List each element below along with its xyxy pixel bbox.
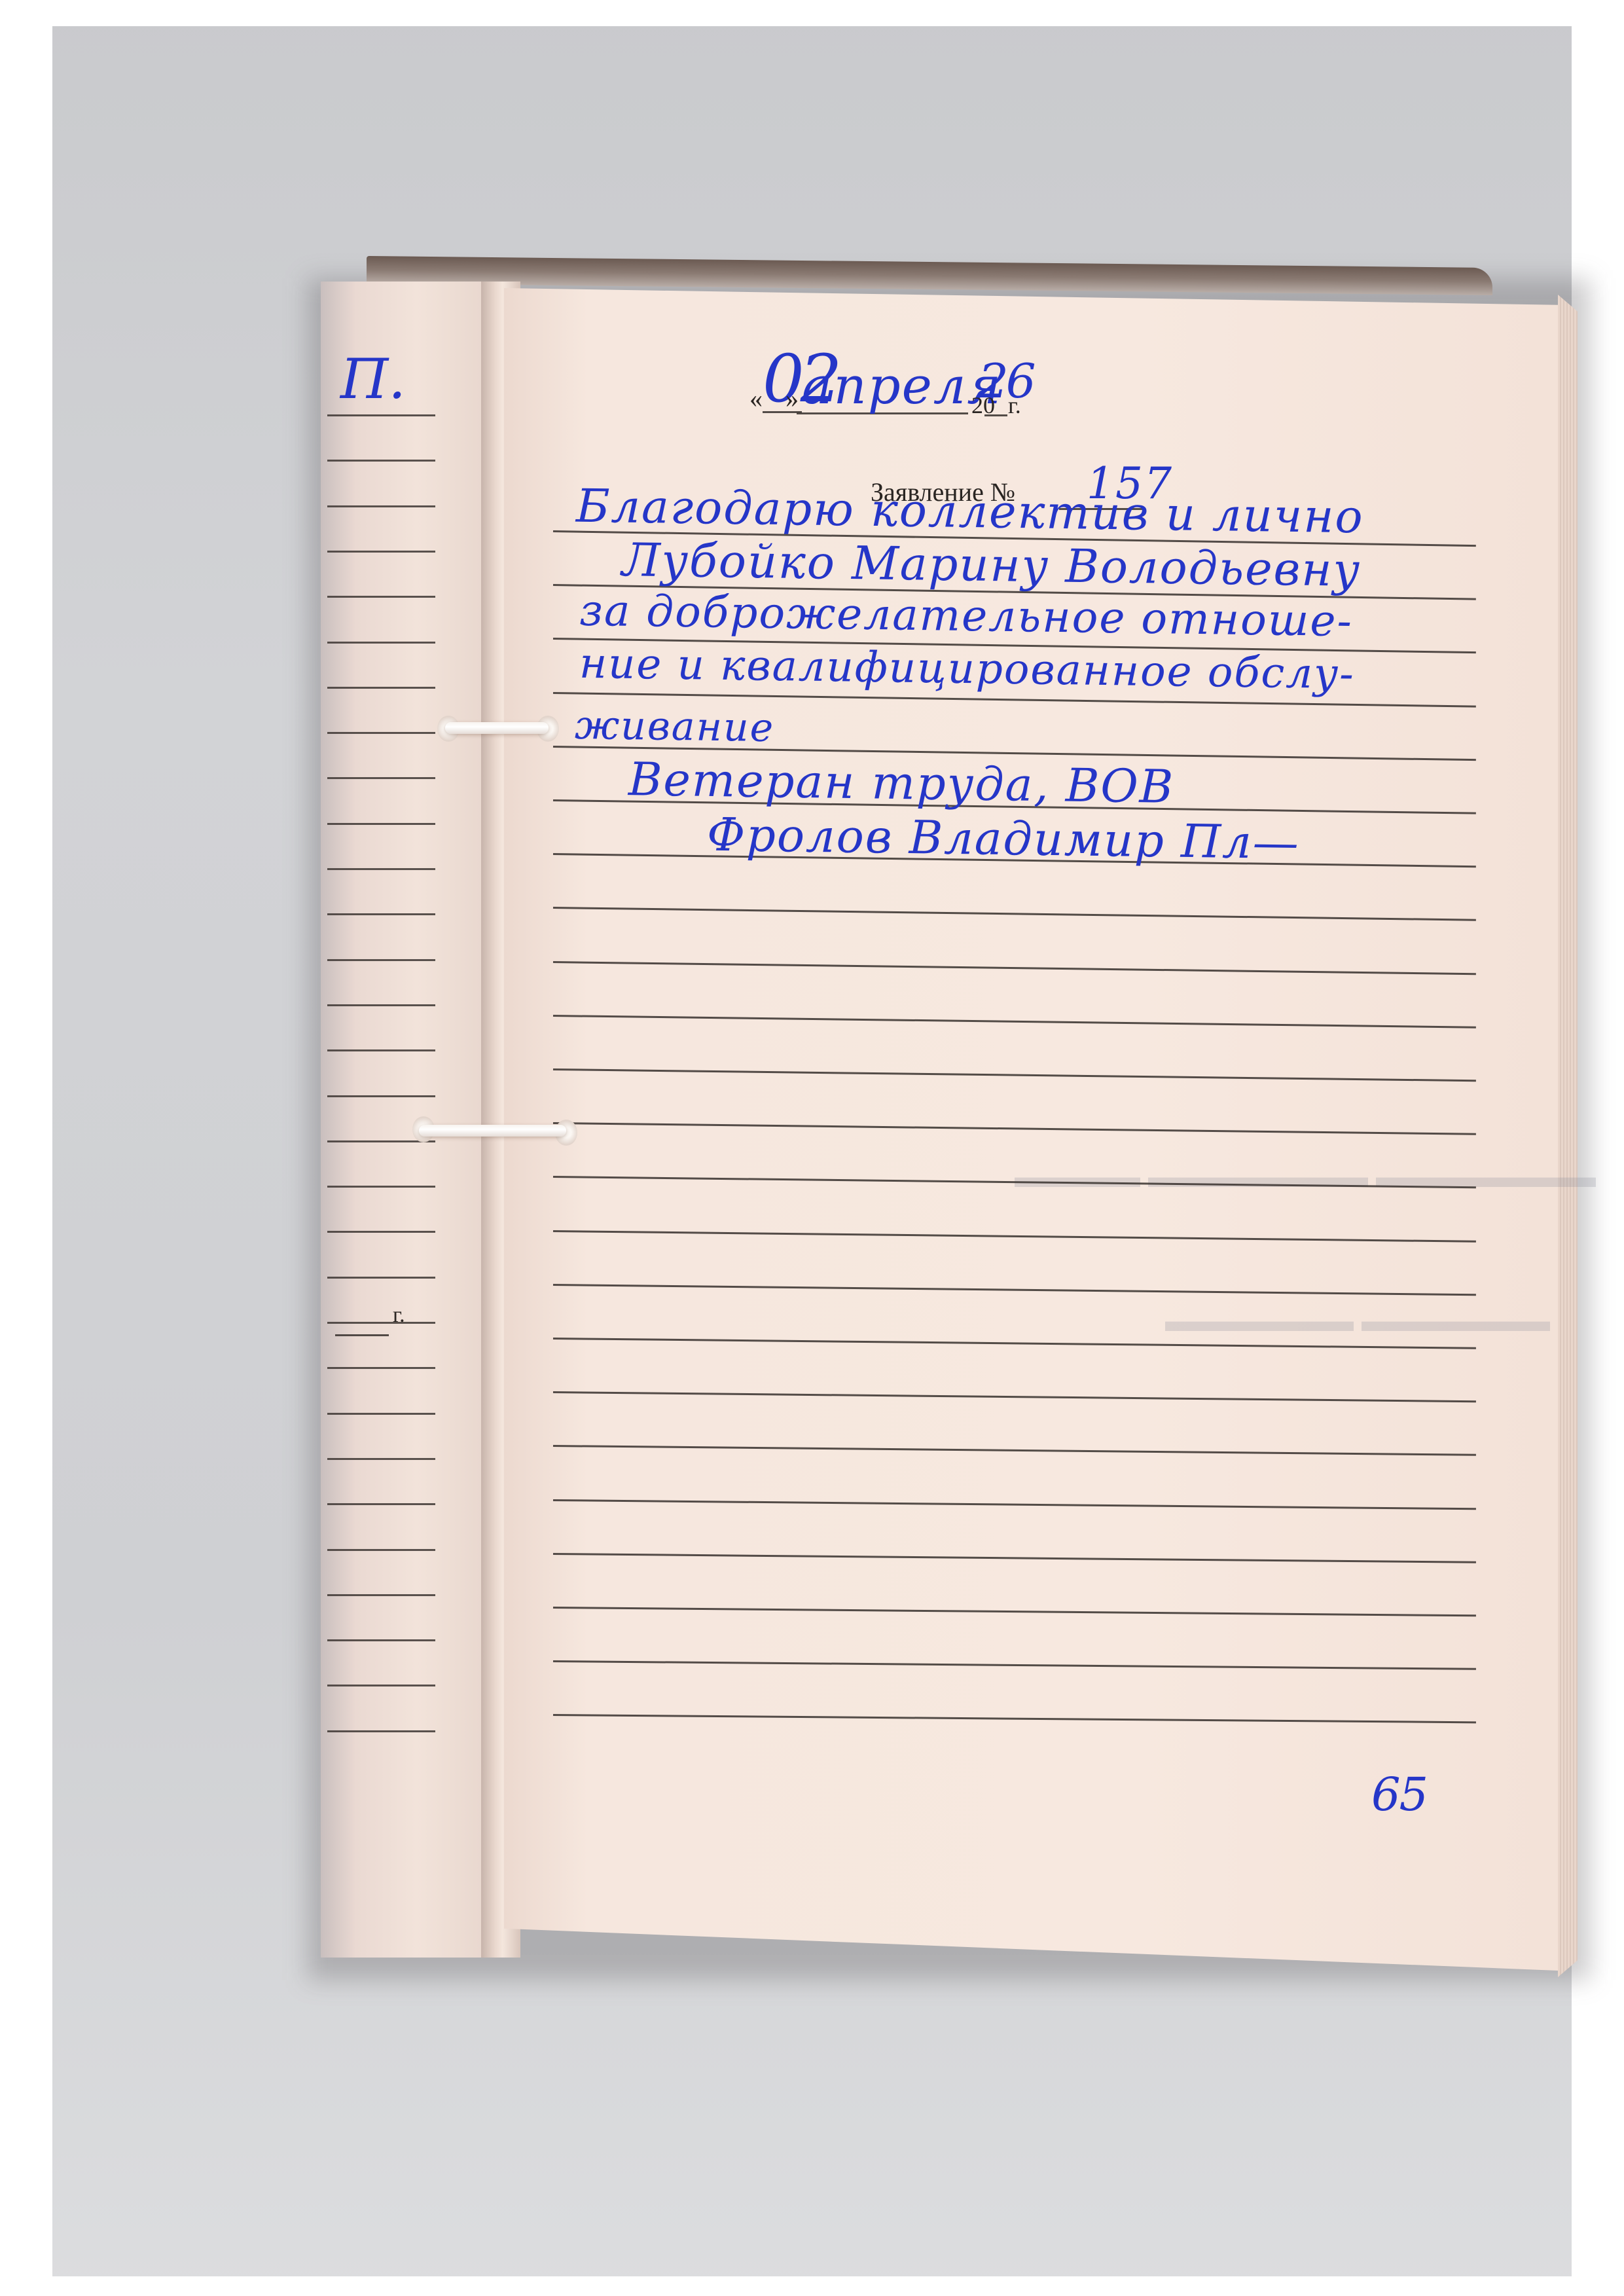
stub-rule-line <box>327 1503 435 1505</box>
stub-rule-line <box>327 959 435 961</box>
stub-rule-line <box>327 1186 435 1188</box>
stub-rule-line <box>327 1277 435 1279</box>
stub-rule-line <box>327 1730 435 1732</box>
stub-rule-line <box>327 1413 435 1415</box>
stub-year-label: г. <box>393 1303 405 1328</box>
year-underline <box>984 414 1007 416</box>
reverse-side-showthrough: ▬▬▬▬ ▬▬▬▬▬▬▬ ▬▬▬▬▬▬▬ <box>1015 1159 1596 1195</box>
stub-rule-line <box>327 414 435 416</box>
date-close-quote: » <box>785 383 799 414</box>
stub-rule-line <box>327 1639 435 1641</box>
stub-rule-line <box>327 1685 435 1686</box>
scan-margin-bottom <box>0 2276 1624 2296</box>
handwritten-line: Фролов Владимир Пл— <box>706 808 1300 870</box>
date-year: 26 <box>979 354 1034 409</box>
scan-margin-top <box>0 0 1624 26</box>
stub-rule-line <box>327 1458 435 1460</box>
binding-string-top <box>445 722 549 734</box>
stub-rule-line <box>327 687 435 689</box>
stub-year-underline <box>335 1334 389 1336</box>
handwritten-line: за доброжелательное отноше- <box>579 585 1354 646</box>
binding-string-bottom <box>419 1125 566 1137</box>
stub-rule-line <box>327 551 435 553</box>
page-stub <box>321 282 481 1958</box>
handwritten-line: живание <box>575 702 775 751</box>
stub-rule-line <box>327 1004 435 1006</box>
stub-rule-line <box>327 1322 435 1324</box>
stub-rule-line <box>327 1549 435 1551</box>
stub-rule-line <box>327 505 435 507</box>
stub-rule-line <box>327 596 435 598</box>
date-open-quote: « <box>749 383 763 414</box>
stub-rule-line <box>327 460 435 462</box>
scan-margin-left <box>0 0 52 2296</box>
stub-rule-line <box>327 1367 435 1369</box>
stub-rule-line <box>327 732 435 734</box>
stub-rule-line <box>327 1231 435 1233</box>
stub-rule-line <box>327 823 435 825</box>
page-block-edge <box>1558 295 1578 1977</box>
stub-rule-line <box>327 1049 435 1051</box>
stub-rule-line <box>327 777 435 779</box>
stub-rule-line <box>327 1095 435 1097</box>
handwritten-line: Ветеран труда, ВОВ <box>628 752 1174 814</box>
stub-rule-line <box>327 868 435 870</box>
stub-rule-line <box>327 913 435 915</box>
stub-rule-line <box>327 642 435 644</box>
page-number: 65 <box>1371 1768 1427 1821</box>
stub-rule-line <box>327 1594 435 1596</box>
reverse-side-showthrough: ▬▬▬▬▬▬ ▬▬▬▬▬▬ <box>1165 1303 1550 1339</box>
stub-handwritten-mark: П. <box>340 347 406 411</box>
year-label: г. <box>1008 392 1021 419</box>
